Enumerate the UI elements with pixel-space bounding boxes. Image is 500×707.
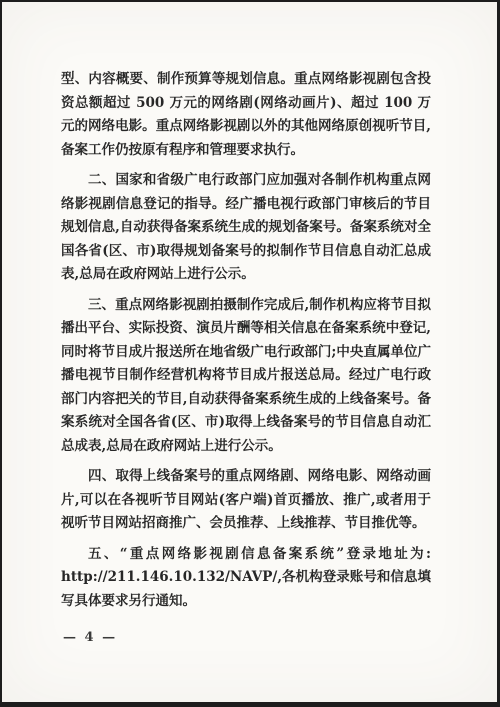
paragraph-item-2: 二、国家和省级广电行政部门应加强对各制作机构重点网络影视剧信息登记的指导。经广播…	[61, 169, 431, 287]
scanned-document-page: 型、内容概要、制作预算等规划信息。重点网络影视剧包含投资总额超过 500 万元的…	[0, 0, 500, 707]
system-name-lead-line: 五、“重点网络影视剧信息备案系统”登录地址为:	[61, 543, 431, 567]
paragraph-item-3: 三、重点网络影视剧拍摄制作完成后,制作机构应将节目拟播出平台、实际投资、演员片酬…	[61, 294, 431, 459]
page-number: — 4 —	[63, 630, 117, 645]
paragraph-item-5: 五、“重点网络影视剧信息备案系统”登录地址为: http://211.146.1…	[61, 543, 431, 614]
login-url-text: http://211.146.10.132/NAVP/,各机构登录账号和信息填写…	[61, 569, 431, 609]
document-body: 型、内容概要、制作预算等规划信息。重点网络影视剧包含投资总额超过 500 万元的…	[61, 68, 431, 620]
paragraph-item-4: 四、取得上线备案号的重点网络剧、网络电影、网络动画片,可以在各视听节目网站(客户…	[61, 465, 431, 536]
paragraph-continuation: 型、内容概要、制作预算等规划信息。重点网络影视剧包含投资总额超过 500 万元的…	[61, 68, 431, 162]
